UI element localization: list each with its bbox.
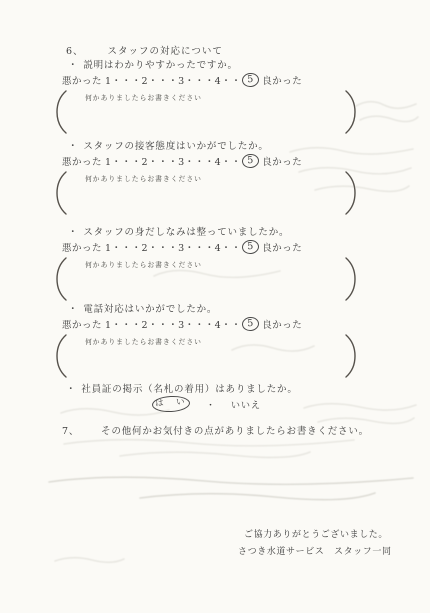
comment-prompt: 何かありましたらお書きください <box>85 336 202 346</box>
question-1-selected-rating-circle: 5 <box>242 72 260 88</box>
footer-signature-line: さつき水道サービス スタッフ一同 <box>238 544 392 561</box>
question-1-rating-scale: 悪かった 1・・・2・・・3・・・4・・ 5 良かった <box>55 73 365 87</box>
question-3-text-line: ・ スタッフの身だしなみは整っていましたか。 <box>55 224 365 238</box>
left-paren-icon <box>55 89 68 135</box>
right-paren-icon <box>344 256 357 302</box>
rating-high-label: 良かった <box>262 73 302 87</box>
comment-prompt: 何かありましたらお書きください <box>85 173 202 183</box>
footer-thanks-line: ご協力ありがとうございました。 <box>238 527 392 544</box>
ink-bleed-artifact <box>228 338 318 358</box>
id-badge-question: ・ 社員証の掲示（名札の着用）はありましたか。 <box>66 381 298 395</box>
bullet-icon: ・ <box>68 224 78 238</box>
rating-sequence: 1・・・2・・・3・・・4・・ <box>105 154 241 168</box>
ink-bleed-artifact <box>60 434 360 462</box>
bullet-icon: ・ <box>66 381 76 395</box>
rating-low-label: 悪かった <box>62 73 102 87</box>
ink-bleed-artifact <box>52 553 127 567</box>
ink-bleed-artifact <box>58 402 173 420</box>
ink-bleed-artifact <box>300 398 420 428</box>
rating-high-label: 良かった <box>262 240 302 254</box>
question-3-rating-scale: 悪かった 1・・・2・・・3・・・4・・ 5 良かった <box>55 240 365 254</box>
rating-low-label: 悪かった <box>62 317 102 331</box>
footer: ご協力ありがとうございました。 さつき水道サービス スタッフ一同 <box>238 527 392 561</box>
answer-separator-dot: ・ <box>206 398 215 411</box>
question-1-comment-box: 何かありましたらお書きください <box>55 89 357 135</box>
rating-high-label: 良かった <box>262 317 302 331</box>
no-answer-label: いいえ <box>231 398 261 411</box>
survey-scan-page: 6、 スタッフの対応について ・ 説明はわかりやすかったですか。 悪かった 1・… <box>0 0 430 613</box>
comment-prompt: 何かありましたらお書きください <box>85 92 202 102</box>
section6-title: スタッフの対応について <box>108 43 223 57</box>
question-block-4: ・ 電話対応はいかがでしたか。 悪かった 1・・・2・・・3・・・4・・ 5 良… <box>55 301 365 379</box>
question-3-text: スタッフの身だしなみは整っていましたか。 <box>83 224 289 238</box>
rating-sequence: 1・・・2・・・3・・・4・・ <box>105 73 241 87</box>
question-4-selected-rating-circle: 5 <box>242 316 260 332</box>
question-block-1: ・ 説明はわかりやすかったですか。 悪かった 1・・・2・・・3・・・4・・ 5… <box>55 57 365 135</box>
left-paren-icon <box>55 170 68 216</box>
bullet-icon: ・ <box>68 138 78 152</box>
section6-number: 6、 <box>66 43 84 57</box>
bullet-icon: ・ <box>68 57 78 71</box>
ink-bleed-artifact <box>150 262 285 284</box>
section6-header: 6、 スタッフの対応について <box>66 43 223 57</box>
bullet-icon: ・ <box>68 301 78 315</box>
ink-bleed-artifact <box>45 472 420 506</box>
ink-bleed-artifact <box>285 142 420 200</box>
ink-bleed-artifact <box>352 96 422 130</box>
question-1-text-line: ・ 説明はわかりやすかったですか。 <box>55 57 365 71</box>
left-paren-icon <box>55 333 68 379</box>
question-2-selected-rating-circle: 5 <box>242 153 260 169</box>
question-4-text: 電話対応はいかがでしたか。 <box>83 301 217 315</box>
right-paren-icon <box>344 333 357 379</box>
question-2-text: スタッフの接客態度はいかがでしたか。 <box>83 138 268 152</box>
rating-low-label: 悪かった <box>62 154 102 168</box>
question-1-text: 説明はわかりやすかったですか。 <box>83 57 238 71</box>
question-4-text-line: ・ 電話対応はいかがでしたか。 <box>55 301 365 315</box>
question-4-rating-scale: 悪かった 1・・・2・・・3・・・4・・ 5 良かった <box>55 317 365 331</box>
rating-low-label: 悪かった <box>62 240 102 254</box>
left-paren-icon <box>55 256 68 302</box>
question-3-selected-rating-circle: 5 <box>242 239 260 255</box>
id-badge-question-text: 社員証の掲示（名札の着用）はありましたか。 <box>81 381 297 395</box>
rating-sequence: 1・・・2・・・3・・・4・・ <box>105 317 241 331</box>
rating-sequence: 1・・・2・・・3・・・4・・ <box>105 240 241 254</box>
